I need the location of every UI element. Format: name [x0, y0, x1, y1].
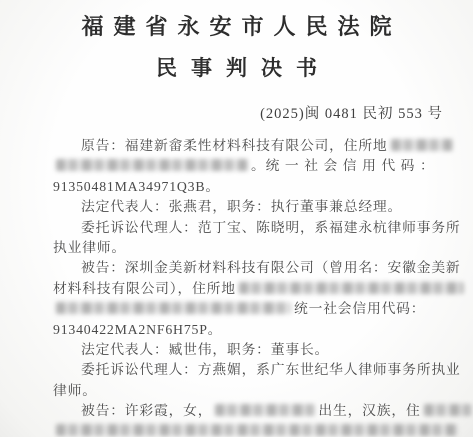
- line-text: 执业律师。: [53, 240, 126, 255]
- document-body: 原告：福建新畲柔性材料科技有限公司，住所地。统一社会信用代码：91350481M…: [53, 136, 460, 437]
- case-number: (2025)闽 0481 民初 553 号: [260, 102, 443, 123]
- document-line: 律师。: [53, 381, 460, 401]
- redacted-text: [424, 404, 472, 416]
- line-text: 统一社会信用代码：: [266, 158, 440, 173]
- line-text: 。: [251, 158, 266, 173]
- redacted-text: [215, 404, 315, 416]
- document-line: 法定代表人：张燕君，职务：执行董事兼总经理。: [53, 197, 460, 217]
- document-line: 91350481MA34971Q3B。: [53, 177, 460, 197]
- line-text: 律师。: [53, 383, 97, 398]
- document-line: 被告：深圳金美新材料科技有限公司（曾用名：安徽金美新: [53, 258, 460, 278]
- redacted-text: [391, 139, 453, 151]
- document-line: 法定代表人：臧世伟，职务：董事长。: [53, 340, 460, 360]
- document-line: 委托诉讼代理人：方燕媚，系广东世纪华人律师事务所执业: [53, 360, 460, 380]
- court-name: 福建省永安市人民法院: [0, 10, 473, 41]
- line-text: 被告：深圳金美新材料科技有限公司（曾用名：安徽金美新: [81, 260, 461, 275]
- line-text: 统一社会信用代码：: [294, 301, 425, 316]
- line-text: 法定代表人：臧世伟，职务：董事长。: [81, 342, 329, 357]
- document-line: 被告：许彩霞，女，出生，汉族，住: [53, 401, 460, 421]
- line-text: 原告：福建新畲柔性材料科技有限公司，住所地: [81, 138, 388, 153]
- redacted-text: [56, 424, 458, 436]
- document-line: 材料科技有限公司），住所地: [53, 279, 460, 299]
- line-text: 91340422MA2NF6H75P。: [53, 322, 222, 337]
- redacted-text: [239, 282, 464, 294]
- judgment-document-page: 福建省永安市人民法院 民事判决书 (2025)闽 0481 民初 553 号 原…: [0, 0, 473, 437]
- document-line: 。统一社会信用代码：: [53, 156, 460, 176]
- document-line: [53, 421, 460, 437]
- line-text: 被告：许彩霞，女，: [81, 403, 212, 418]
- document-type-title: 民事判决书: [0, 52, 473, 82]
- document-line: 91340422MA2NF6H75P。: [53, 320, 460, 340]
- line-text: 91350481MA34971Q3B。: [53, 179, 220, 194]
- line-text: 法定代表人：张燕君，职务：执行董事兼总经理。: [81, 199, 402, 214]
- line-text: 材料科技有限公司），住所地: [53, 281, 236, 296]
- line-text: 委托诉讼代理人：方燕媚，系广东世纪华人律师事务所执业: [81, 362, 461, 377]
- line-text: 出生，汉族，住: [318, 403, 420, 418]
- document-line: 原告：福建新畲柔性材料科技有限公司，住所地: [53, 136, 460, 156]
- document-line: 执业律师。: [53, 238, 460, 258]
- redacted-text: [56, 302, 291, 314]
- document-line: 统一社会信用代码：: [53, 299, 460, 319]
- document-line: 委托诉讼代理人：范丁宝、陈晓明，系福建永杭律师事务所: [53, 218, 460, 238]
- line-text: 委托诉讼代理人：范丁宝、陈晓明，系福建永杭律师事务所: [81, 220, 461, 235]
- redacted-text: [56, 159, 248, 171]
